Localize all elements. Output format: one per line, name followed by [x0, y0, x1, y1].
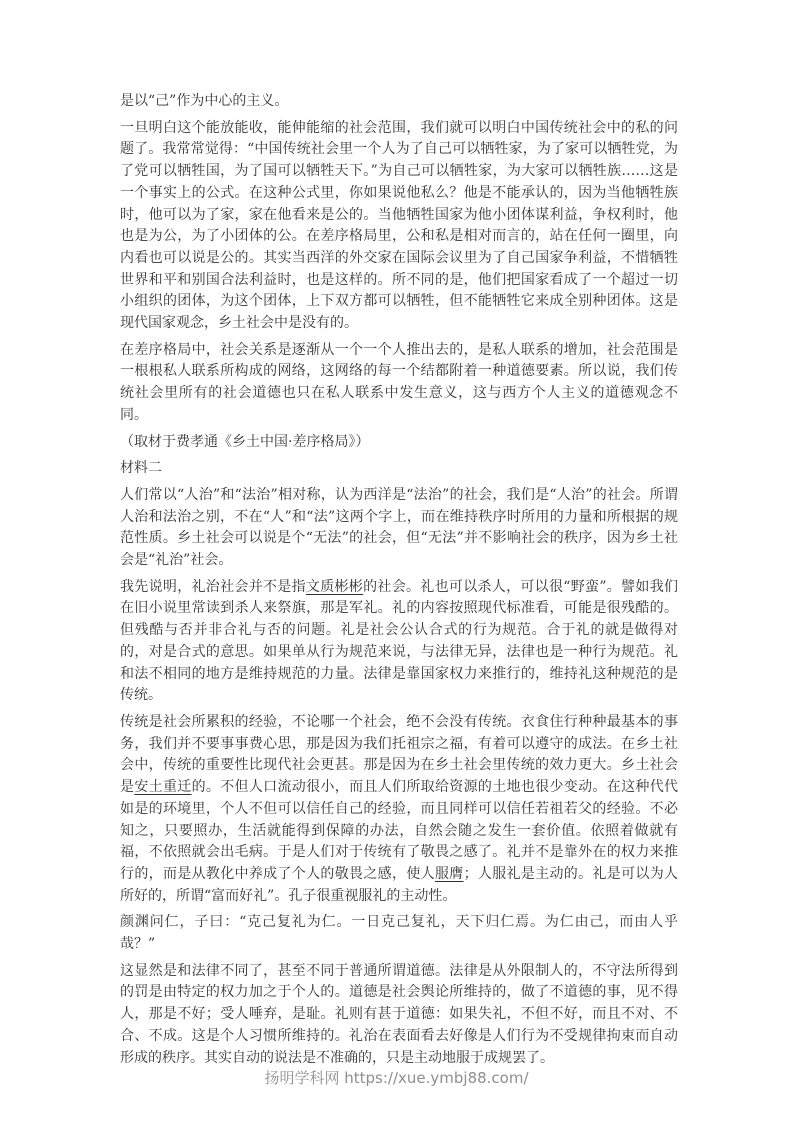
paragraph-confucius-quote: 颜渊问仁，子曰：“克己复礼为仁。一日克己复礼，天下归仁焉。为仁由己，而由人乎哉？…: [120, 912, 678, 955]
paragraph-text: 我先说明，礼治社会并不是指: [120, 579, 306, 595]
material-two-heading: 材料二: [120, 458, 678, 480]
source-attribution: （取材于费孝通《乡土中国·差序格局》）: [120, 432, 678, 454]
paragraph-renzhi-fazhi: 人们常以“人治”和“法治”相对称，认为西洋是“法治”的社会，我们是“人治”的社会…: [120, 485, 678, 572]
paragraph-li-vs-law: 这显然是和法律不同了，甚至不同于普通所谓道德。法律是从外限制人的，不守法所得到的…: [120, 961, 678, 1070]
reading-passage: 是以“己”作为中心的主义。 一旦明白这个能放能收，能伸能缩的社会范围，我们就可以…: [120, 91, 678, 1074]
paragraph-text: 的社会。礼也可以杀人，可以很“野蛮”。譬如我们在旧小说里常读到杀人来祭旗，那是军…: [120, 579, 678, 704]
document-page: 是以“己”作为中心的主义。 一旦明白这个能放能收，能伸能缩的社会范围，我们就可以…: [0, 0, 793, 1122]
watermark-site-name: 扬明学科网: [264, 1069, 339, 1087]
paragraph-lizhi-definition: 我先说明，礼治社会并不是指文质彬彬的社会。礼也可以杀人，可以很“野蛮”。譬如我们…: [120, 577, 678, 707]
paragraph-tradition: 传统是社会所累积的经验，不论哪一个社会，绝不会没有传统。衣食住行种种最基本的事务…: [120, 712, 678, 907]
underlined-term-wenzhibinbin: 文质彬彬: [306, 579, 363, 595]
paragraph-chaxugeju-morality: 在差序格局中，社会关系是逐渐从一个一个人推出去的，是私人联系的增加，社会范围是一…: [120, 340, 678, 427]
watermark-url: https://xue.ymbj88.com/: [344, 1069, 528, 1087]
paragraph-conclusion-material-one: 是以“己”作为中心的主义。: [120, 91, 678, 113]
underlined-term-antuzhongqian: 安土重迁: [134, 779, 191, 795]
watermark-footer: 扬明学科网 https://xue.ymbj88.com/: [0, 1069, 793, 1088]
paragraph-sacrifice-formula: 一旦明白这个能放能收，能伸能缩的社会范围，我们就可以明白中国传统社会中的私的问题…: [120, 118, 678, 335]
underlined-term-fuying: 服膺: [435, 866, 464, 882]
